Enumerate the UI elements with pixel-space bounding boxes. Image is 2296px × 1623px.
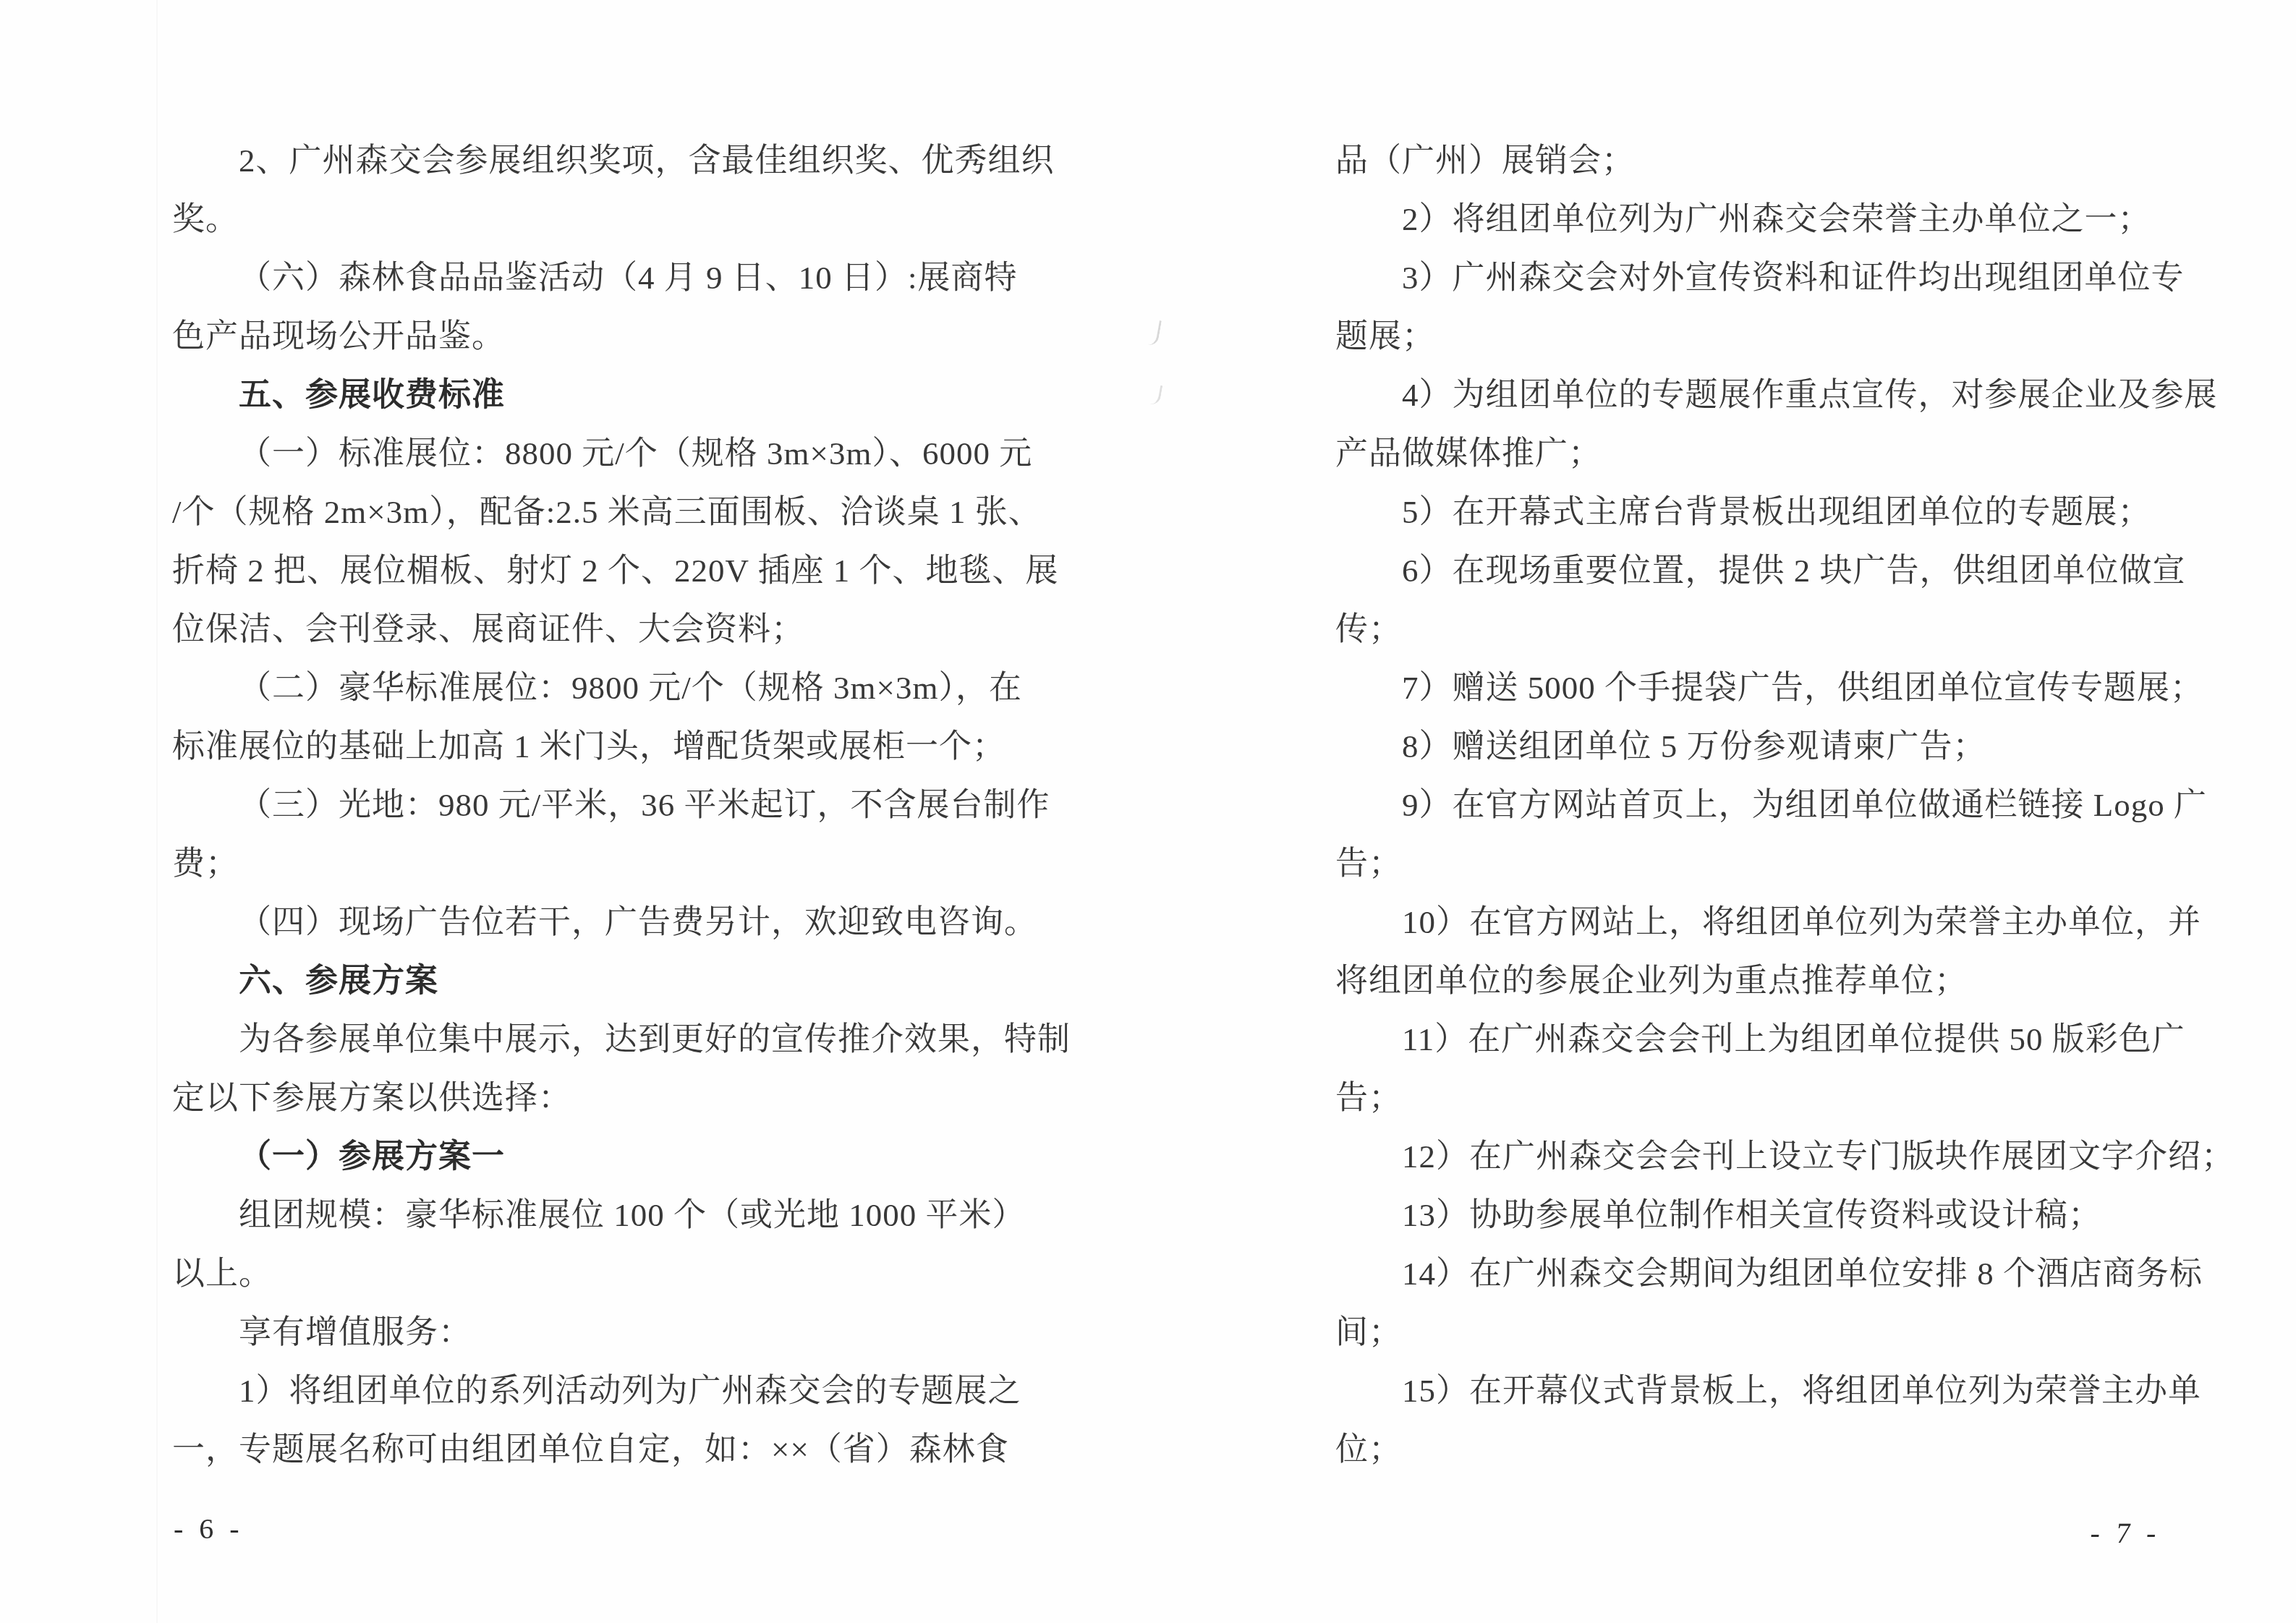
text-line: 间；: [1335, 1303, 2240, 1362]
page-number-left: - 6 -: [174, 1512, 244, 1546]
text-line: 4）为组团单位的专题展作重点宣传，对参展企业及参展: [1335, 366, 2240, 425]
text-line: 5）在开幕式主席台背景板出现组团单位的专题展；: [1335, 483, 2240, 542]
text-line: 以上。: [172, 1245, 1113, 1303]
text-line: 为各参展单位集中展示，达到更好的宣传推介效果，特制: [172, 1010, 1113, 1069]
text-line: 色产品现场公开品鉴。: [172, 307, 1113, 366]
text-line: （四）现场广告位若干，广告费另计，欢迎致电咨询。: [172, 893, 1113, 952]
text-line: 6）在现场重要位置，提供 2 块广告，供组团单位做宣: [1335, 542, 2240, 600]
text-line: 将组团单位的参展企业列为重点推荐单位；: [1335, 952, 2240, 1010]
text-line: （三）光地：980 元/平米，36 平米起订，不含展台制作: [172, 776, 1113, 835]
text-line: 组团规模：豪华标准展位 100 个（或光地 1000 平米）: [172, 1186, 1113, 1245]
text-line: （六）森林食品品鉴活动（4 月 9 日、10 日）:展商特: [172, 249, 1113, 307]
text-line: 14）在广州森交会期间为组团单位安排 8 个酒店商务标: [1335, 1245, 2240, 1303]
text-line: 13）协助参展单位制作相关宣传资料或设计稿；: [1335, 1186, 2240, 1245]
page-7: 品（广州）展销会；2）将组团单位列为广州森交会荣誉主办单位之一；3）广州森交会对…: [1335, 132, 2240, 1479]
text-line: 15）在开幕仪式背景板上，将组团单位列为荣誉主办单: [1335, 1362, 2240, 1420]
text-line: 题展；: [1335, 307, 2240, 366]
text-line: 六、参展方案: [172, 952, 1113, 1010]
text-line: 8）赠送组团单位 5 万份参观请柬广告；: [1335, 717, 2240, 776]
text-line: 9）在官方网站首页上，为组团单位做通栏链接 Logo 广: [1335, 776, 2240, 835]
text-line: 告；: [1335, 835, 2240, 893]
text-line: 产品做媒体推广；: [1335, 425, 2240, 483]
text-line: （二）豪华标准展位：9800 元/个（规格 3m×3m），在: [172, 659, 1113, 717]
text-line: 10）在官方网站上，将组团单位列为荣誉主办单位，并: [1335, 893, 2240, 952]
text-line: 位保洁、会刊登录、展商证件、大会资料；: [172, 600, 1113, 659]
text-line: 享有增值服务：: [172, 1303, 1113, 1362]
text-line: 3）广州森交会对外宣传资料和证件均出现组团单位专: [1335, 249, 2240, 307]
text-line: 1）将组团单位的系列活动列为广州森交会的专题展之: [172, 1362, 1113, 1420]
text-line: /个（规格 2m×3m），配备:2.5 米高三面围板、洽谈桌 1 张、: [172, 483, 1113, 542]
text-line: 折椅 2 把、展位楣板、射灯 2 个、220V 插座 1 个、地毯、展: [172, 542, 1113, 600]
text-line: 位；: [1335, 1420, 2240, 1479]
text-line: 2）将组团单位列为广州森交会荣誉主办单位之一；: [1335, 190, 2240, 249]
text-line: （一）标准展位：8800 元/个（规格 3m×3m）、6000 元: [172, 425, 1113, 483]
text-line: 告；: [1335, 1069, 2240, 1128]
text-line: 品（广州）展销会；: [1335, 132, 2240, 190]
text-line: 奖。: [172, 190, 1113, 249]
text-line: 11）在广州森交会会刊上为组团单位提供 50 版彩色广: [1335, 1010, 2240, 1069]
page-6-text: 2、广州森交会参展组织奖项，含最佳组织奖、优秀组织奖。（六）森林食品品鉴活动（4…: [172, 132, 1113, 1479]
page-number-right: - 7 -: [2089, 1516, 2163, 1550]
text-line: 费；: [172, 835, 1113, 893]
page-7-text: 品（广州）展销会；2）将组团单位列为广州森交会荣誉主办单位之一；3）广州森交会对…: [1335, 132, 2240, 1479]
page-6: 2、广州森交会参展组织奖项，含最佳组织奖、优秀组织奖。（六）森林食品品鉴活动（4…: [172, 132, 1113, 1479]
text-line: 2、广州森交会参展组织奖项，含最佳组织奖、优秀组织: [172, 132, 1113, 190]
scanned-document: { "pages": [ { "page_number_label": "- 6…: [0, 0, 2296, 1623]
text-line: 传；: [1335, 600, 2240, 659]
text-line: 五、参展收费标准: [172, 366, 1113, 425]
scan-edge-crease: [156, 0, 158, 1623]
text-line: 12）在广州森交会会刊上设立专门版块作展团文字介绍；: [1335, 1128, 2240, 1186]
text-line: （一）参展方案一: [172, 1128, 1113, 1186]
text-line: 一，专题展名称可由组团单位自定，如：××（省）森林食: [172, 1420, 1113, 1479]
text-line: 7）赠送 5000 个手提袋广告，供组团单位宣传专题展；: [1335, 659, 2240, 717]
text-line: 定以下参展方案以供选择：: [172, 1069, 1113, 1128]
text-line: 标准展位的基础上加高 1 米门头，增配货架或展柜一个；: [172, 717, 1113, 776]
